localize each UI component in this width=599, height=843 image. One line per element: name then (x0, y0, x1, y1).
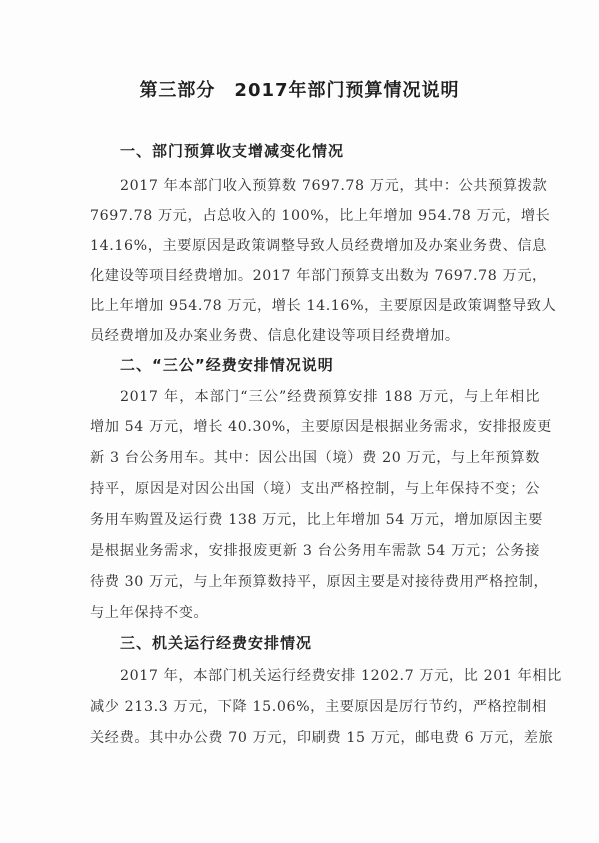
paragraph-line: 2017 年本部门收入预算数 7697.78 万元，其中：公共预算拨款 (120, 175, 540, 195)
paragraph-line: 2017 年，本部门“三公”经费预算安排 188 万元，与上年相比 (120, 386, 540, 406)
page-title: 第三部分 2017年部门预算情况说明 (0, 76, 599, 102)
paragraph-line: 14.16%，主要原因是政策调整导致人员经费增加及办案业务费、信息 (90, 235, 540, 255)
paragraph-line: 务用车购置及运行费 138 万元，比上年增加 54 万元，增加原因主要 (90, 509, 540, 529)
paragraph-line: 待费 30 万元，与上年预算数持平，原因主要是对接待费用严格控制， (90, 571, 540, 591)
section-heading-1: 一、部门预算收支增减变化情况 (120, 140, 344, 161)
paragraph-line: 7697.78 万元，占总收入的 100%，比上年增加 954.78 万元，增长 (90, 205, 540, 225)
paragraph-line: 是根据业务需求，安排报废更新 3 台公务用车需款 54 万元；公务接 (90, 540, 540, 560)
paragraph-line: 与上年保持不变。 (90, 602, 540, 622)
paragraph-line: 持平，原因是对因公出国（境）支出严格控制，与上年保持不变；公 (90, 478, 540, 498)
section-heading-2: 二、“三公”经费安排情况说明 (120, 354, 334, 375)
paragraph-line: 减少 213.3 万元，下降 15.06%，主要原因是厉行节约，严格控制相 (90, 696, 540, 716)
section-heading-3: 三、机关运行经费安排情况 (120, 632, 312, 653)
paragraph-line: 新 3 台公务用车。其中：因公出国（境）费 20 万元，与上年预算数 (90, 447, 540, 467)
paragraph-line: 比上年增加 954.78 万元，增长 14.16%，主要原因是政策调整导致人 (90, 295, 540, 315)
paragraph-line: 2017 年，本部门机关运行经费安排 1202.7 万元，比 201 年相比 (120, 665, 540, 685)
paragraph-line: 关经费。其中办公费 70 万元，印刷费 15 万元，邮电费 6 万元，差旅 (90, 727, 540, 747)
paragraph-line: 增加 54 万元，增长 40.30%，主要原因是根据业务需求，安排报废更 (90, 416, 540, 436)
paragraph-line: 化建设等项目经费增加。2017 年部门预算支出数为 7697.78 万元， (90, 265, 540, 285)
document-page: 第三部分 2017年部门预算情况说明 一、部门预算收支增减变化情况 2017 年… (0, 0, 599, 843)
paragraph-line: 员经费增加及办案业务费、信息化建设等项目经费增加。 (90, 325, 540, 345)
